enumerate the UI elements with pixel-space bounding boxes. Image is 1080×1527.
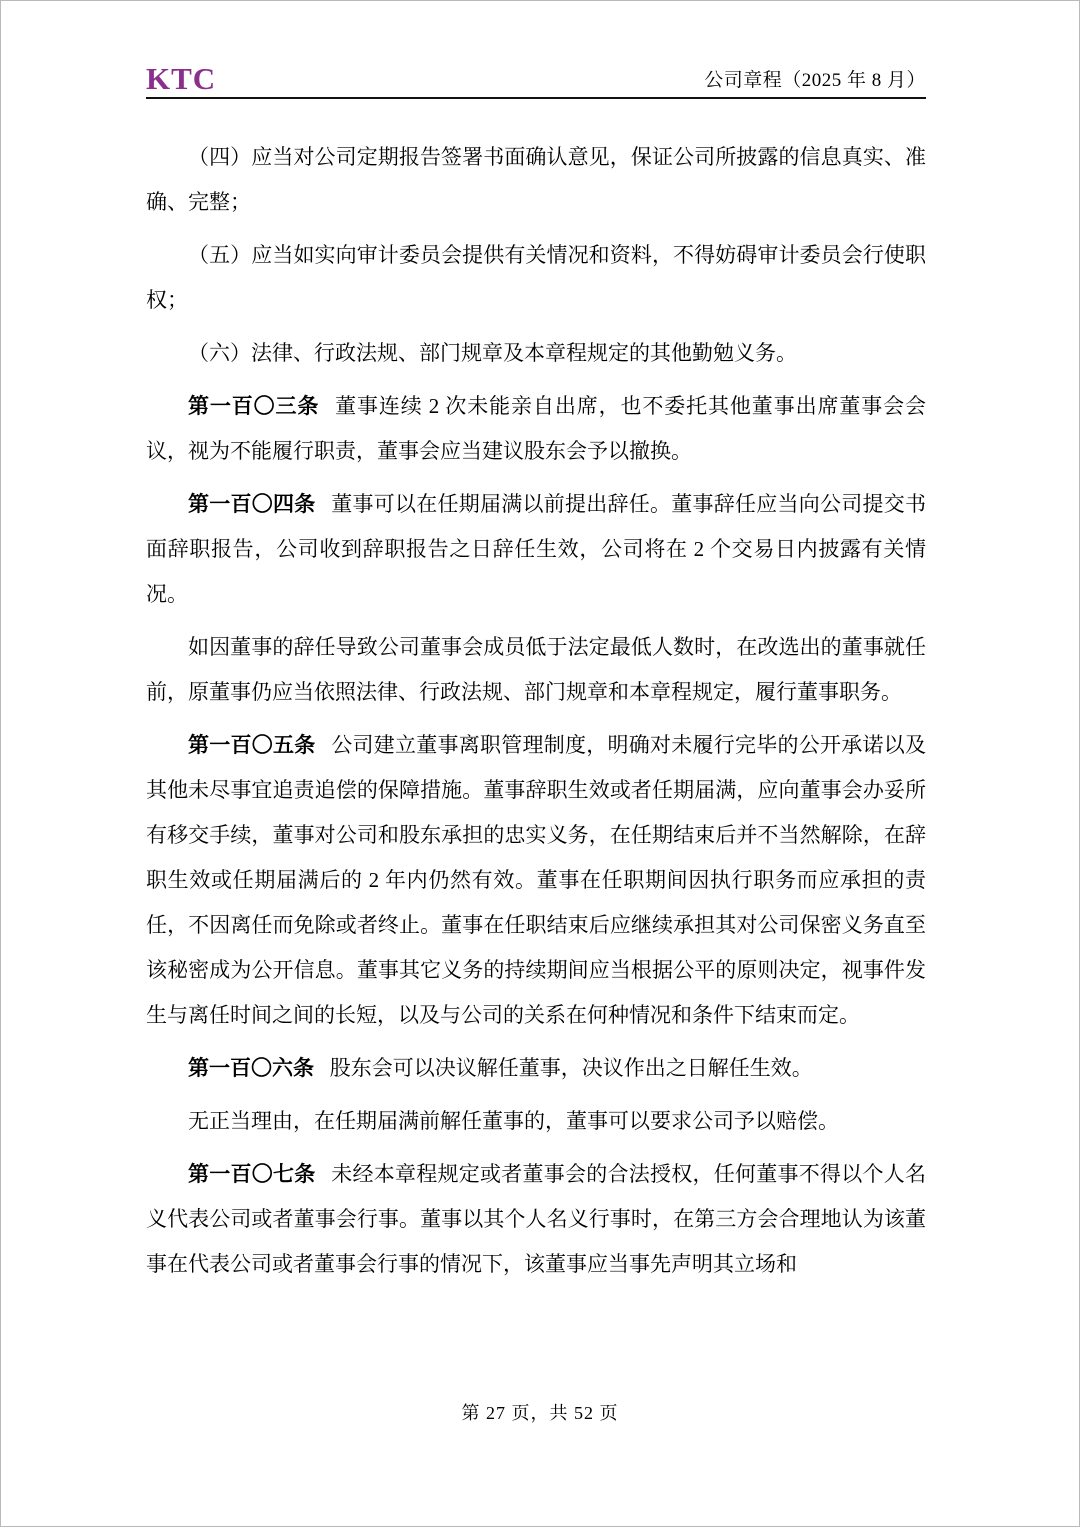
document-body: （四）应当对公司定期报告签署书面确认意见，保证公司所披露的信息真实、准确、完整；… <box>146 135 926 1287</box>
article-number: 第一百〇七条 <box>188 1163 316 1186</box>
paragraph-text: 无正当理由，在任期届满前解任董事的，董事可以要求公司予以赔偿。 <box>188 1109 839 1133</box>
page-content: KTC 公司章程（2025 年 8 月） （四）应当对公司定期报告签署书面确认意… <box>146 1 926 1295</box>
paragraph-text: （五）应当如实向审计委员会提供有关情况和资料，不得妨碍审计委员会行使职权； <box>146 243 926 312</box>
body-paragraph: （五）应当如实向审计委员会提供有关情况和资料，不得妨碍审计委员会行使职权； <box>146 233 926 323</box>
article-number: 第一百〇六条 <box>188 1057 314 1080</box>
page-number: 第 27 页，共 52 页 <box>1 1399 1079 1425</box>
paragraph-text: 如因董事的辞任导致公司董事会成员低于法定最低人数时，在改选出的董事就任前，原董事… <box>146 635 926 704</box>
paragraph-text: （六）法律、行政法规、部门规章及本章程规定的其他勤勉义务。 <box>188 341 797 365</box>
body-paragraph: 如因董事的辞任导致公司董事会成员低于法定最低人数时，在改选出的董事就任前，原董事… <box>146 625 926 715</box>
article-number: 第一百〇五条 <box>188 734 316 757</box>
body-paragraph: （四）应当对公司定期报告签署书面确认意见，保证公司所披露的信息真实、准确、完整； <box>146 135 926 225</box>
article-paragraph: 第一百〇三条董事连续 2 次未能亲自出席，也不委托其他董事出席董事会会议，视为不… <box>146 384 926 474</box>
paragraph-text: 公司建立董事离职管理制度，明确对未履行完毕的公开承诺以及其他未尽事宜追责追偿的保… <box>146 733 926 1027</box>
company-logo: KTC <box>146 63 216 94</box>
article-paragraph: 第一百〇四条董事可以在任期届满以前提出辞任。董事辞任应当向公司提交书面辞职报告，… <box>146 482 926 617</box>
body-paragraph: 无正当理由，在任期届满前解任董事的，董事可以要求公司予以赔偿。 <box>146 1099 926 1144</box>
paragraph-text: （四）应当对公司定期报告签署书面确认意见，保证公司所披露的信息真实、准确、完整； <box>146 145 926 214</box>
article-number: 第一百〇三条 <box>188 395 319 418</box>
paragraph-text: 股东会可以决议解任董事，决议作出之日解任生效。 <box>330 1056 813 1080</box>
article-paragraph: 第一百〇七条未经本章程规定或者董事会的合法授权，任何董事不得以个人名义代表公司或… <box>146 1152 926 1287</box>
document-title: 公司章程（2025 年 8 月） <box>704 71 926 94</box>
article-paragraph: 第一百〇五条公司建立董事离职管理制度，明确对未履行完毕的公开承诺以及其他未尽事宜… <box>146 723 926 1038</box>
document-page: KTC 公司章程（2025 年 8 月） （四）应当对公司定期报告签署书面确认意… <box>0 0 1080 1527</box>
article-number: 第一百〇四条 <box>188 493 316 516</box>
article-paragraph: 第一百〇六条股东会可以决议解任董事，决议作出之日解任生效。 <box>146 1046 926 1091</box>
body-paragraph: （六）法律、行政法规、部门规章及本章程规定的其他勤勉义务。 <box>146 331 926 376</box>
page-header: KTC 公司章程（2025 年 8 月） <box>146 1 926 99</box>
